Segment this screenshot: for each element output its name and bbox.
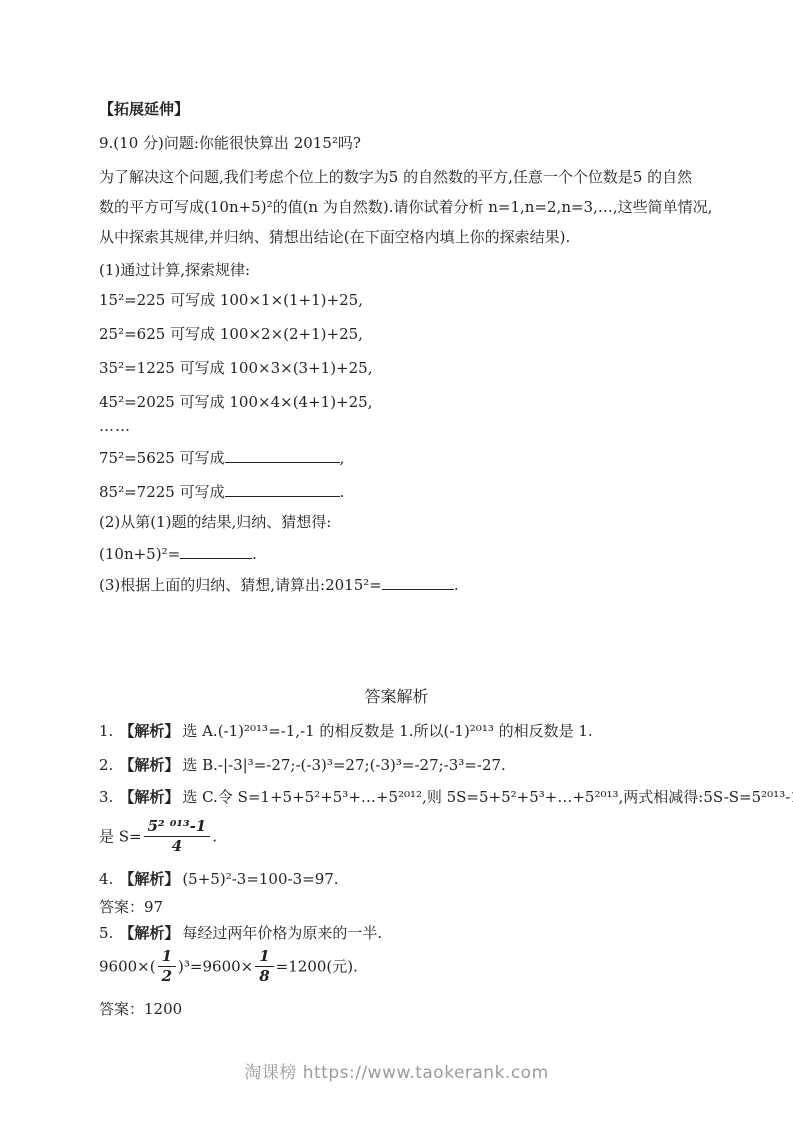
blank-line-formula-post: . <box>252 545 257 563</box>
part2-label: (2)从第(1)题的结果,归纳、猜想得: <box>99 513 331 532</box>
blank-line-75-post: , <box>340 449 345 467</box>
item5-fraction-half-numerator: 1 <box>158 948 176 967</box>
blank-line-85-post: . <box>340 483 345 501</box>
item3-fraction-numerator: 5² ⁰¹³-1 <box>144 818 211 837</box>
part3-line: (3)根据上面的归纳、猜想,请算出:2015²=. <box>99 574 459 595</box>
blank-line-formula: (10n+5)²=. <box>99 543 257 564</box>
item3-number: 3. <box>99 788 113 806</box>
part1-label: (1)通过计算,探索规律: <box>99 261 250 280</box>
item1-text: 选 A.(-1)²⁰¹³=-1,-1 的相反数是 1.所以(-1)²⁰¹³ 的相… <box>182 722 592 740</box>
blank-line-85-pre: 85²=7225 可写成 <box>99 483 225 501</box>
example-line-35: 35²=1225 可写成 100×3×(3+1)+25, <box>99 359 372 378</box>
item5-fraction-eighth-numerator: 1 <box>255 948 273 967</box>
blank-line-75: 75²=5625 可写成, <box>99 447 344 468</box>
answer-item-3-line2: 是 S=5² ⁰¹³-14. <box>99 818 217 870</box>
question-intro-line-3: 从中探索其规律,并归纳、猜想出结论(在下面空格内填上你的探索结果). <box>99 228 570 247</box>
item5-fraction-eighth: 18 <box>255 948 273 986</box>
answer-item-2: 2.【解析】选 B.-|-3|³=-27;-(-3)³=27;(-3)³=-27… <box>99 756 506 775</box>
item1-analysis-tag: 【解析】 <box>119 722 179 740</box>
answer-blank-formula <box>180 543 252 559</box>
example-line-15: 15²=225 可写成 100×1×(1+1)+25, <box>99 291 363 310</box>
question-intro-line-1: 为了解决这个问题,我们考虑个位上的数字为5 的自然数的平方,任意一个个位数是5 … <box>99 168 692 187</box>
part3-post: . <box>454 576 459 594</box>
answer-blank-75 <box>225 447 340 463</box>
item5-formula-seg2: )³=9600× <box>178 957 253 975</box>
item5-fraction-half: 12 <box>158 948 176 986</box>
section-header: 【拓展延伸】 <box>99 100 189 119</box>
worksheet-page: 【拓展延伸】 9.(10 分)问题:你能很快算出 2015²吗? 为了解决这个问… <box>0 0 793 1122</box>
blank-line-75-pre: 75²=5625 可写成 <box>99 449 225 467</box>
item4-analysis-tag: 【解析】 <box>119 870 179 888</box>
item5-text: 每经过两年价格为原来的一半. <box>182 924 382 942</box>
item2-text: 选 B.-|-3|³=-27;-(-3)³=27;(-3)³=-27;-3³=-… <box>182 756 505 774</box>
item5-formula-seg1: 9600×( <box>99 957 156 975</box>
item5-fraction-eighth-denominator: 8 <box>255 967 273 985</box>
answer-item-1: 1.【解析】选 A.(-1)²⁰¹³=-1,-1 的相反数是 1.所以(-1)²… <box>99 722 593 741</box>
item5-formula-seg3: =1200(元). <box>276 957 358 975</box>
item5-fraction-half-denominator: 2 <box>158 967 176 985</box>
answer-blank-2015 <box>382 574 454 590</box>
example-line-25: 25²=625 可写成 100×2×(2+1)+25, <box>99 325 363 344</box>
item3-text: 选 C.令 S=1+5+5²+5³+…+5²⁰¹²,则 5S=5+5²+5³+…… <box>182 788 793 806</box>
item5-analysis-tag: 【解析】 <box>119 924 179 942</box>
item3-fraction: 5² ⁰¹³-14 <box>144 818 211 856</box>
item3-fraction-denominator: 4 <box>144 837 211 855</box>
answer-item-3-line1: 3.【解析】选 C.令 S=1+5+5²+5³+…+5²⁰¹²,则 5S=5+5… <box>99 788 793 807</box>
item1-number: 1. <box>99 722 113 740</box>
item3-analysis-tag: 【解析】 <box>119 788 179 806</box>
item2-number: 2. <box>99 756 113 774</box>
item5-number: 5. <box>99 924 113 942</box>
answer-item-5-formula: 9600×(12)³=9600×18=1200(元). <box>99 948 358 996</box>
footer-site-link[interactable]: 淘课榜 https://www.taokerank.com <box>244 1063 548 1083</box>
blank-line-formula-pre: (10n+5)²= <box>99 545 180 563</box>
answers-heading: 答案解析 <box>0 687 793 706</box>
part3-pre: (3)根据上面的归纳、猜想,请算出:2015²= <box>99 576 382 594</box>
footer: 淘课榜 https://www.taokerank.com <box>0 1064 793 1083</box>
answer-item-5: 5.【解析】每经过两年价格为原来的一半. <box>99 924 382 943</box>
item3-line2-pre: 是 S= <box>99 827 142 845</box>
question-title: 9.(10 分)问题:你能很快算出 2015²吗? <box>99 134 361 153</box>
question-intro-line-2: 数的平方可写成(10n+5)²的值(n 为自然数).请你试着分析 n=1,n=2… <box>99 198 712 217</box>
blank-line-85: 85²=7225 可写成. <box>99 481 344 502</box>
answer-item-4-result: 答案：97 <box>99 898 163 917</box>
item2-analysis-tag: 【解析】 <box>119 756 179 774</box>
item3-line2-post: . <box>212 827 217 845</box>
item4-number: 4. <box>99 870 113 888</box>
answer-item-4: 4.【解析】(5+5)²-3=100-3=97. <box>99 870 339 889</box>
answer-blank-85 <box>225 481 340 497</box>
ellipsis-line: …… <box>99 417 131 436</box>
item4-text: (5+5)²-3=100-3=97. <box>182 870 338 888</box>
example-line-45: 45²=2025 可写成 100×4×(4+1)+25, <box>99 393 372 412</box>
answer-item-5-result: 答案：1200 <box>99 1000 182 1019</box>
